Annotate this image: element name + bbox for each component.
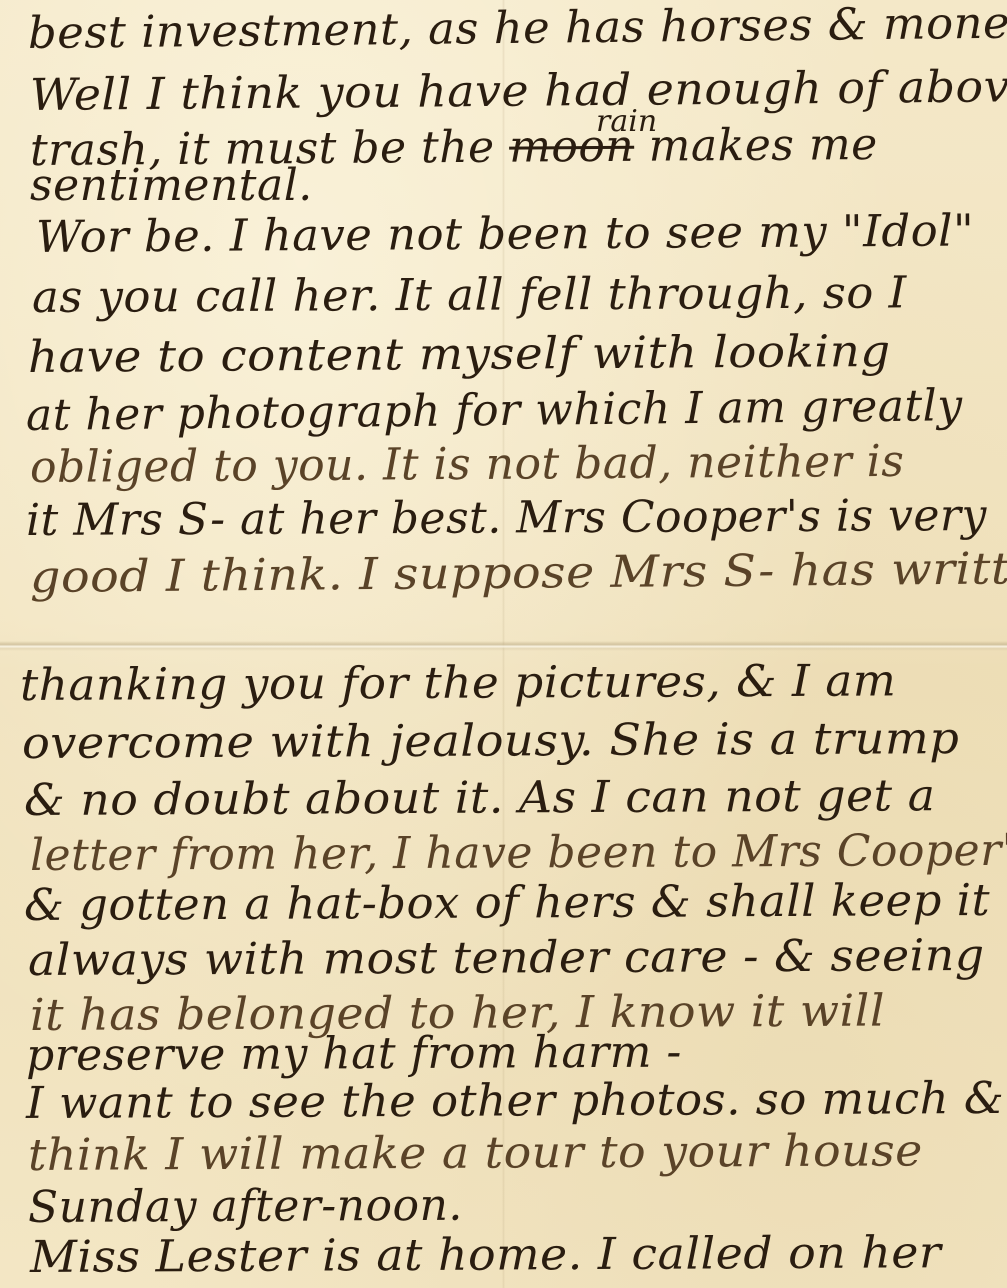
- inserted-word: rain: [596, 104, 657, 139]
- handwritten-line: I want to see the other photos. so much …: [26, 1073, 1005, 1130]
- handwritten-line: sentimental.: [30, 160, 313, 212]
- handwritten-line: & gotten a hat-box of hers & shall keep …: [24, 875, 990, 932]
- handwritten-line: as you call her. It all fell through, so…: [32, 267, 907, 324]
- handwritten-line: overcome with jealousy. She is a trump: [22, 713, 960, 770]
- handwritten-line: obliged to you. It is not bad, neither i…: [30, 436, 905, 494]
- handwritten-line: at her photograph for which I am greatly: [26, 380, 963, 442]
- handwritten-line: thanking you for the pictures, & I am: [20, 655, 897, 712]
- handwritten-line: always with most tender care - & seeing: [28, 930, 985, 987]
- handwritten-line: best investment, as he has horses & mone…: [28, 0, 1007, 60]
- handwritten-line: Sunday after-noon.: [28, 1180, 463, 1234]
- handwritten-line: Miss Lester is at home. I called on her: [30, 1227, 942, 1284]
- handwritten-line: Well I think you have had enough of abov…: [30, 61, 1007, 122]
- handwritten-line: it Mrs S- at her best. Mrs Cooper's is v…: [26, 490, 987, 547]
- handwritten-line: good I think. I suppose Mrs S- has writt…: [30, 543, 1007, 604]
- handwritten-line: & no doubt about it. As I can not get a: [24, 770, 936, 827]
- handwritten-line: have to content myself with looking: [28, 326, 891, 384]
- handwritten-line: Wor be. I have not been to see my "Idol": [36, 205, 975, 264]
- line-text: makes me: [648, 119, 877, 172]
- handwritten-line: preserve my hat from harm -: [26, 1027, 682, 1082]
- letter-text: best investment, as he has horses & mone…: [0, 0, 1007, 1288]
- handwritten-line: letter from her, I have been to Mrs Coop…: [30, 825, 1007, 882]
- handwritten-line: think I will make a tour to your house: [28, 1125, 923, 1182]
